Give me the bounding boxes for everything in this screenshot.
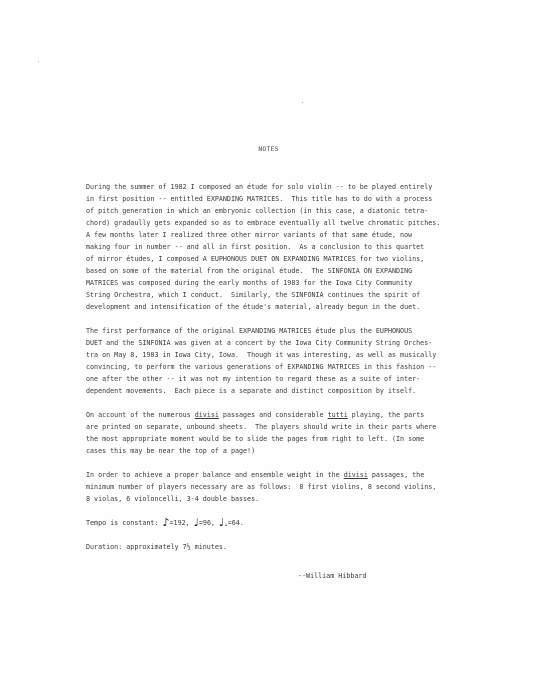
text-line: chord) gradaully gets expanded so as to … <box>86 217 446 229</box>
text-line: MATRICES was composed during the early m… <box>86 277 446 289</box>
paragraph-parts-layout: On account of the numerous divisi passag… <box>86 409 446 457</box>
text-line: tra on May 8, 1983 in Iowa City, Iowa. T… <box>86 349 446 361</box>
tempo-value: =64. <box>228 519 244 527</box>
text-line: one after the other -- it was not my int… <box>86 373 446 385</box>
text-segment: passages, the <box>368 471 424 479</box>
tempo-value: =96, <box>199 519 215 527</box>
text-line: String Orchestra, which I conduct. Simil… <box>86 289 446 301</box>
text-line: On account of the numerous divisi passag… <box>86 409 446 421</box>
paragraph-first-performance: The first performance of the original EX… <box>86 325 446 397</box>
paragraph-instrumentation: In order to achieve a proper balance and… <box>86 469 446 505</box>
author-signature: --William Hibbard <box>298 570 366 582</box>
notes-body: During the summer of 1982 I composed an … <box>86 181 446 565</box>
text-segment: playing, the parts <box>348 411 425 419</box>
text-line: In order to achieve a proper balance and… <box>86 469 446 481</box>
text-segment: passages and considerable <box>219 411 328 419</box>
duration-text: Duration: approximately 7½ minutes. <box>86 541 446 553</box>
scan-speck <box>38 61 39 62</box>
text-line: minimum number of players necessary are … <box>86 481 446 493</box>
eighth-note-icon: ♪ <box>163 518 170 528</box>
paragraph-composition-history: During the summer of 1982 I composed an … <box>86 181 446 313</box>
text-line: development and intensification of the é… <box>86 301 446 313</box>
text-line: DUET and the SINFONIA was given at a con… <box>86 337 446 349</box>
text-line: During the summer of 1982 I composed an … <box>86 181 446 193</box>
text-line: cases this may be near the top of a page… <box>86 445 446 457</box>
text-line: A few months later I realized three othe… <box>86 229 446 241</box>
tempo-value: =192, <box>170 519 190 527</box>
text-segment: In order to achieve a proper balance and… <box>86 471 344 479</box>
dotted-quarter-note-icon: ♩. <box>219 518 228 528</box>
underlined-term: tutti <box>328 411 348 419</box>
text-line: Tempo is constant: ♪=192, ♩=96, ♩.=64. <box>86 517 446 529</box>
page-heading: NOTES <box>0 145 533 153</box>
tempo-label: Tempo is constant: <box>86 519 163 527</box>
text-line: are printed on separate, unbound sheets.… <box>86 421 446 433</box>
text-line: dependent movements. Each piece is a sep… <box>86 385 446 397</box>
text-line: of pitch generation in which an embryoni… <box>86 205 446 217</box>
text-line: 8 violas, 6 violoncelli, 3-4 double bass… <box>86 493 446 505</box>
text-line: of mirror études, I composed A EUPHONOUS… <box>86 253 446 265</box>
underlined-term: divisi <box>195 411 219 419</box>
text-line: convincing, to perform the various gener… <box>86 361 446 373</box>
document-page: NOTES During the summer of 1982 I compos… <box>0 0 533 675</box>
text-line: The first performance of the original EX… <box>86 325 446 337</box>
text-line: making four in number -- and all in firs… <box>86 241 446 253</box>
scan-speck <box>302 102 303 103</box>
text-line: the most appropriate moment would be to … <box>86 433 446 445</box>
duration-line: Duration: approximately 7½ minutes. <box>86 541 446 553</box>
underlined-term: divisi <box>344 471 368 479</box>
text-line: based on some of the material from the o… <box>86 265 446 277</box>
text-segment: On account of the numerous <box>86 411 195 419</box>
tempo-line: Tempo is constant: ♪=192, ♩=96, ♩.=64. <box>86 517 446 529</box>
text-line: in first position -- entitled EXPANDING … <box>86 193 446 205</box>
